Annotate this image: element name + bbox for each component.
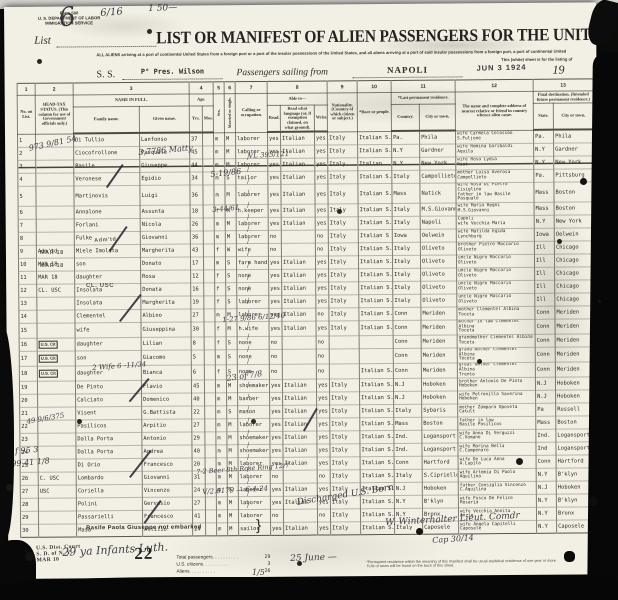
cell-age-mos <box>205 432 216 445</box>
cell-nationality <box>329 336 359 349</box>
us-citizen-stamp: U.S. Cit <box>39 355 58 363</box>
cell-nationality: Italy <box>328 204 358 217</box>
cell-residence-city: Phila <box>420 131 456 145</box>
cell-race: Italian S. <box>360 470 394 483</box>
cell-headtax <box>36 186 74 206</box>
us-citizen-stamp: U.S. Cit <box>39 341 58 349</box>
cell-read: yes <box>269 295 282 308</box>
ss-label: S. S. <box>96 69 115 80</box>
cell-age-yrs: 30 <box>191 322 204 337</box>
cell-age-yrs: 6 <box>191 365 204 380</box>
cell-family-name: Passarielli <box>76 511 142 525</box>
header-able-to: Able to— <box>267 93 327 106</box>
cell-residence-city: S.Cipriello <box>422 469 458 482</box>
cell-given-name: Francesco <box>142 458 192 471</box>
cell-dest-state: N.Y <box>537 520 557 533</box>
cell-family-name: daughter <box>75 338 141 352</box>
cell-write: yes <box>318 522 331 535</box>
cell-nationality <box>329 364 359 379</box>
cell-dest-city: Gardner <box>554 143 594 156</box>
cell-given-name: Rosa <box>141 270 191 283</box>
footnote: *Permanent residence within the meaning … <box>366 558 580 568</box>
cell-relative-address: Capoli wife Vecchia Maria <box>456 215 534 229</box>
cell-age-mos <box>204 365 215 380</box>
col-num: 10 <box>357 80 391 92</box>
cell-headtax: U.S. Cit <box>37 351 75 366</box>
cell-residence-country: Conn <box>394 457 422 470</box>
cell-read-language <box>281 243 315 256</box>
cell-dest-city: New York <box>554 215 594 228</box>
cell-given-name: Arpitio <box>142 419 192 432</box>
cell-sex: m <box>214 231 225 244</box>
cell-family-name: wife <box>75 322 141 338</box>
cell-residence-country: Conn <box>393 348 421 363</box>
col-num: 12 <box>455 79 533 92</box>
cell-age-mos <box>205 406 216 419</box>
ink-stamp-annotation: CL. USC <box>86 283 114 289</box>
cell-residence-city: Logansport <box>422 430 458 443</box>
cell-family-name: Annalone <box>74 205 140 219</box>
cell-family-name: daughter <box>75 270 141 284</box>
header-read-language: Read what language (or, if exemption cla… <box>280 105 314 132</box>
cell-residence-country: Italy <box>393 268 421 281</box>
cell-read-language: Italian <box>282 269 316 282</box>
cell-nationality: Italy <box>329 269 359 282</box>
cell-headtax <box>36 232 74 245</box>
scan-dark-band-right <box>587 52 618 600</box>
cell-read-language <box>282 364 316 379</box>
cell-age-yrs: 16 <box>191 283 204 296</box>
ship-name: P° Pres. Wilson <box>122 67 222 80</box>
cell-write: no <box>316 364 329 379</box>
cell-headtax <box>38 498 76 511</box>
cell-given-name: Giuseppe <box>140 159 190 172</box>
cell-residence-country: Conn <box>393 335 421 348</box>
port-name: NAPOLI <box>352 64 462 78</box>
note-brace: } <box>256 517 261 534</box>
cell-married-single: M <box>225 185 236 205</box>
cell-age-mos <box>205 445 216 458</box>
cell-write: yes <box>317 431 330 444</box>
cell-sex: m <box>215 380 226 393</box>
cell-race: Italian S. <box>358 184 392 204</box>
cell-sex: m <box>214 185 225 205</box>
cell-given-name: Giovanni <box>142 471 192 484</box>
cell-occupation: none <box>237 282 269 295</box>
cell-given-name: Albino <box>141 309 191 322</box>
cell-read-language: Italian <box>283 444 317 457</box>
cell-age-mos <box>205 419 216 432</box>
header-occupation: Calling or occupation. <box>235 93 267 132</box>
cell-residence-city: Campollieto <box>420 170 456 183</box>
cell-given-name: G.Battista <box>142 406 192 419</box>
cell-headtax <box>38 433 76 446</box>
handwritten-annotation: 1/5 <box>252 568 265 577</box>
cell-relative-address: wife Petronilla Saverina Hoboken <box>458 391 536 405</box>
cell-age-yrs: 5 <box>191 350 204 365</box>
cell-occupation: shoemaker <box>237 380 269 393</box>
cell-residence-city: Meriden <box>421 320 457 335</box>
cell-headtax <box>38 511 76 524</box>
col-num: 6 <box>224 82 235 94</box>
cell-occupation: laborer <box>238 510 270 523</box>
cell-residence-city: Oliveto <box>420 242 456 255</box>
cell-age-yrs: 29 <box>192 432 205 445</box>
cell-read-language <box>283 509 317 522</box>
cell-age-yrs: 43 <box>190 244 203 257</box>
cell-read-language: Italian <box>280 132 314 146</box>
cell-dest-state: Mass <box>534 202 554 215</box>
cell-read-language: Italian <box>283 431 317 444</box>
cell-residence-country: Italy <box>394 405 422 418</box>
cell-given-name: Antonio <box>142 432 192 445</box>
cell-residence-city: Gardner <box>420 144 456 157</box>
cell-age-mos <box>203 244 214 257</box>
cell-residence-country: Italy <box>392 170 420 183</box>
cell-no: 10 <box>18 258 36 271</box>
cell-race: Italian S. <box>358 145 392 158</box>
cell-residence-country: N.J <box>394 483 422 496</box>
cell-dest-state: Mass <box>534 182 554 202</box>
cell-read-language: Italian <box>283 418 317 431</box>
cell-age-yrs: 45 <box>191 380 204 393</box>
cell-relative-address: wife Fusco De Felice Rosaria <box>458 495 536 509</box>
header-relative: The name and complete address of nearest… <box>455 91 533 130</box>
cell-relative-address: father in law Basile Pasilicos <box>458 417 536 431</box>
cell-read-language: Italian <box>282 308 316 321</box>
cell-race: Italian S. <box>358 242 392 255</box>
cell-no: 13 <box>19 297 37 310</box>
cell-relative-address: great mother Clementel Albina Trento <box>457 363 535 379</box>
cell-race: Italian S. <box>358 255 392 268</box>
header-family-name: Family name. <box>73 107 139 134</box>
cell-headtax <box>37 381 75 394</box>
cell-sex: m <box>216 445 227 458</box>
header-nationality: Nationality. (Country of which citizen o… <box>327 93 357 132</box>
cell-read: yes <box>268 204 281 217</box>
cell-headtax <box>37 323 75 338</box>
cell-residence-country: Italy <box>394 470 422 483</box>
cell-write: yes <box>316 321 329 336</box>
cell-residence-city: Logansport <box>422 443 458 456</box>
cell-residence-country: Italy <box>392 255 420 268</box>
cell-read: no <box>270 510 283 523</box>
cell-age-mos <box>203 218 214 231</box>
cell-headtax <box>38 394 76 407</box>
cell-sex: m <box>216 406 227 419</box>
cell-nationality: Italy <box>328 256 358 269</box>
handwritten-annotation: 25 June — <box>290 552 337 564</box>
cell-race: Italian S. <box>359 307 393 320</box>
cell-write: yes <box>315 171 328 184</box>
cell-no: 28 <box>20 499 38 512</box>
header-dest-city: City or town. <box>553 103 593 130</box>
cell-dest-state: Mass <box>536 416 556 429</box>
cell-residence-city: Meriden <box>421 348 457 363</box>
cell-nationality: Italy <box>328 171 358 184</box>
cell-residence-city: Meriden <box>421 335 457 348</box>
cell-read: no <box>269 365 282 380</box>
cell-residence-city: Hoboken <box>422 391 458 404</box>
cell-write: yes <box>315 217 328 230</box>
cell-married-single: S <box>226 337 237 350</box>
cell-relative-address: wife De Luca Anna A.Lupita <box>458 456 536 470</box>
cell-read-language: Italian <box>284 522 318 535</box>
cell-dest-state: Ill <box>535 267 555 280</box>
cell-age-yrs: 18 <box>190 205 203 218</box>
cell-residence-city: Meriden <box>421 307 457 320</box>
cell-given-name: Egidio <box>140 172 190 185</box>
cell-read-language: Italian <box>282 295 316 308</box>
cell-residence-city: Napoli <box>420 216 456 229</box>
cell-dest-state: Ind <box>536 442 556 455</box>
ink-stamp-annotation: MAR 18 <box>40 263 64 269</box>
cell-sex: f <box>215 283 226 296</box>
cell-family-name: Dalla Porta <box>76 433 142 447</box>
cell-age-mos <box>204 309 215 322</box>
cell-read: yes <box>270 419 283 432</box>
cell-married-single: S <box>225 257 236 270</box>
cell-write: no <box>316 336 329 349</box>
cell-residence-city: Sybaris <box>422 404 458 417</box>
cell-no: 3 <box>18 160 36 173</box>
cell-married-single: M <box>227 432 238 445</box>
cell-married-single: M <box>224 132 235 146</box>
cell-write: yes <box>317 405 330 418</box>
cell-sex: m <box>216 393 227 406</box>
cell-sex: f <box>215 270 226 283</box>
cell-headtax <box>37 297 75 310</box>
cell-married-single: M <box>227 497 238 510</box>
cell-age-yrs: 27 <box>192 497 205 510</box>
handwritten-annotation: 6/16 <box>100 6 123 19</box>
cell-family-name: son <box>74 257 140 271</box>
cell-dest-state: Pa. <box>534 130 554 144</box>
cell-age-yrs: 17 <box>190 257 203 270</box>
cell-married-single: M <box>225 146 236 159</box>
cell-married-single: M <box>227 510 238 523</box>
cell-dest-state: Ill <box>534 241 554 254</box>
header-age-yrs: Yrs. <box>189 106 202 133</box>
cell-read-language: Italian <box>282 282 316 295</box>
cell-read: yes <box>270 406 283 419</box>
cell-dest-state: Conn <box>535 334 555 347</box>
cell-write: no <box>315 230 328 243</box>
cell-occupation: none <box>237 350 269 365</box>
cell-read: yes <box>269 282 282 295</box>
cell-age-mos <box>203 185 214 205</box>
cell-dest-state: Ill <box>534 254 554 267</box>
header-name: NAME IN FULL. <box>73 94 189 107</box>
cell-read-language <box>282 336 316 349</box>
footnote-line: †List of races will be found on the back… <box>366 563 580 569</box>
cell-family-name: Visent <box>76 407 142 421</box>
cell-family-name: De Pinto <box>75 381 141 395</box>
cell-age-mos <box>204 296 215 309</box>
cell-dest-state: Pa. <box>534 169 554 182</box>
cell-age-mos <box>204 337 215 350</box>
cell-age-mos <box>203 257 214 270</box>
cell-headtax <box>36 206 74 219</box>
cell-occupation: laborer <box>238 419 270 432</box>
cell-no: 6 <box>18 206 36 219</box>
header-residence: *Last permanent residence. <box>391 92 455 105</box>
cell-occupation: wife <box>236 243 268 256</box>
cell-residence-city: New York <box>420 157 456 170</box>
cell-nationality: Italy <box>329 308 359 321</box>
cell-occupation: barber <box>238 393 270 406</box>
cell-read: yes <box>270 484 283 497</box>
cell-given-name: Luigi <box>140 185 190 205</box>
cell-dest-state: Conn <box>535 306 555 319</box>
cell-given-name: Flavio <box>141 380 191 393</box>
cell-headtax: C. USC <box>38 472 76 485</box>
cell-relative-address: uncle Nigro Maccario Oliveto <box>457 293 535 307</box>
cell-residence-city: Oliveto <box>420 255 456 268</box>
cell-residence-city: Hartford <box>422 456 458 469</box>
cell-read-language: Italian <box>282 379 316 392</box>
list-label: List <box>34 35 51 47</box>
cell-nationality: Italy <box>328 145 358 158</box>
cell-write: yes <box>316 295 329 308</box>
cell-occupation: h.wife <box>237 321 269 336</box>
cell-race: Italian S. <box>359 364 393 379</box>
cell-nationality: Italy <box>330 431 360 444</box>
cell-read: no <box>270 471 283 484</box>
cell-race: Italian S. <box>358 131 392 145</box>
cell-residence-country: N.J <box>394 392 422 405</box>
cell-age-yrs: 19 <box>191 296 204 309</box>
cell-dest-state: N.Y <box>536 507 556 520</box>
cell-nationality: Italy <box>330 470 360 483</box>
cell-race: Italian S. <box>359 320 393 335</box>
cell-no: 27 <box>20 486 38 499</box>
cell-dest-state: Ill <box>535 280 555 293</box>
cell-no: 9 <box>18 245 36 258</box>
cell-read-language: Italian <box>281 256 315 269</box>
cell-no: 26 <box>20 473 38 486</box>
header-residence-country: Country. <box>391 104 419 131</box>
cell-nationality: Italy <box>328 158 358 171</box>
cell-occupation: sailor <box>239 523 271 536</box>
cell-race: Italian S. <box>360 457 394 470</box>
cell-residence-country: Pa. <box>392 131 420 145</box>
cell-relative-address: grandmother Clementel Albina Toceta <box>457 334 535 348</box>
cell-sex: m <box>214 257 225 270</box>
cell-sex: f <box>214 244 225 257</box>
cell-nationality: Italy <box>330 457 360 470</box>
manifest-body: 1Di TullioLanfonso37mMlaboreryesItaliany… <box>17 130 596 538</box>
header-residence-city: City or town. <box>419 104 455 131</box>
cell-read: yes <box>268 217 281 230</box>
cell-dest-state: N.Y <box>534 156 554 169</box>
handwritten-annotation: 1 50— <box>148 3 177 14</box>
cell-age-yrs: 27 <box>191 309 204 322</box>
cell-read: no <box>269 336 282 349</box>
cell-headtax <box>36 160 74 173</box>
cell-age-yrs: 36 <box>190 231 203 244</box>
cell-occupation: laborer <box>236 230 268 243</box>
cell-dest-city: Phila <box>554 130 594 144</box>
cell-sex: m <box>214 146 225 159</box>
cell-dest-city: Chicago <box>554 241 594 254</box>
cell-given-name: Giuseppina <box>141 322 191 338</box>
cell-residence-city: Boston <box>422 417 458 430</box>
cell-residence-city: Oliveto <box>421 281 457 294</box>
cell-write: yes <box>316 379 329 392</box>
cell-read: no <box>268 230 281 243</box>
cell-age-yrs: 26 <box>190 218 203 231</box>
cell-age-mos <box>204 322 215 337</box>
cell-given-name: Donato <box>140 257 190 270</box>
cell-sex: f <box>215 337 226 350</box>
cell-relative-address: mother Zampara Oposeta Catult <box>458 404 536 418</box>
cell-race <box>359 349 393 364</box>
header-age-mos: Mos. <box>202 106 213 133</box>
cell-family-name: Di Tullio <box>73 133 139 147</box>
cell-write: yes <box>317 392 330 405</box>
cell-relative-address: uncle Nigro Maccario Oliveto <box>457 267 535 281</box>
cell-residence-city: Hoboken <box>422 482 458 495</box>
cell-nationality: Italy <box>328 184 358 204</box>
cell-married-single: M <box>226 322 237 337</box>
cell-relative-address: uncle Nigro Maccario Oliveto <box>456 254 534 268</box>
cell-nationality: Italy <box>328 217 358 230</box>
cell-dest-city: Pittsburg <box>554 169 594 182</box>
cell-nationality: Italy <box>328 243 358 256</box>
cell-residence-country: Conn <box>393 320 421 335</box>
cell-relative-address: grand mother Clementel Albina Toceta <box>457 347 535 363</box>
cell-residence-city: Hoboken <box>421 378 457 391</box>
cell-occupation: h.keeper <box>236 204 268 217</box>
cell-residence-country: Conn <box>393 307 421 320</box>
cell-given-name: Gervasio <box>142 497 192 510</box>
cell-age-mos <box>204 380 215 393</box>
cell-race: Italian S. <box>360 444 394 457</box>
cell-no: 20 <box>20 395 38 408</box>
cell-read-language: Italian <box>282 321 316 336</box>
cell-write: yes <box>317 418 330 431</box>
col-num: 5 <box>213 82 224 94</box>
cell-read: yes <box>268 256 281 269</box>
cell-sex: m <box>216 497 227 510</box>
cell-write: yes <box>315 184 328 204</box>
cell-write: yes <box>315 145 328 158</box>
cell-read: no <box>268 243 281 256</box>
cell-no: 11 <box>19 271 37 284</box>
cell-relative-address: wife Matilda Egida Lynchburg <box>456 228 534 242</box>
cell-relative-address: brother Antonio De Pinto Hoboken <box>457 378 535 392</box>
cell-read: yes <box>270 393 283 406</box>
cell-age-yrs: 27 <box>192 419 205 432</box>
cell-family-name: Polini <box>76 498 142 512</box>
totals-value: 26 <box>265 568 271 575</box>
cell-read-language: Italian <box>281 217 315 230</box>
cell-age-yrs: 41 <box>192 510 205 523</box>
cell-family-name: Clementel <box>75 309 141 323</box>
cell-residence-country: Italy <box>393 294 421 307</box>
cell-relative-address: wife Artemia Di Paolo Aquilina <box>458 469 536 483</box>
cell-given-name: Vincenzo <box>142 484 192 497</box>
cell-relative-address: brother Pietro Maccario Oliveto <box>456 241 534 255</box>
col-num: 3 <box>73 82 189 95</box>
cell-given-name: Lilian <box>141 337 191 350</box>
cell-race: Italian S. <box>359 281 393 294</box>
cell-residence-city: Oliveto <box>421 268 457 281</box>
cell-dest-city: Boston <box>554 182 594 202</box>
subtitle-note: This (white) sheet is for the listing of <box>412 56 572 62</box>
cell-married-single: S <box>226 270 237 283</box>
